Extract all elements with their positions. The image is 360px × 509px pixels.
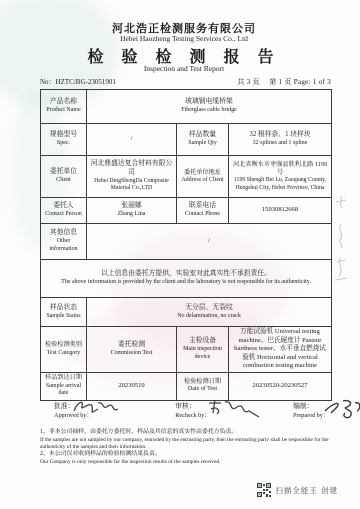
report-title-en: Inspection and Test Report: [38, 64, 330, 73]
report-page: 河北浩正检测服务有限公司 Hebei Haozheng Testing Serv…: [0, 0, 360, 509]
note1-en: If the samples are not sampled by our co…: [40, 437, 333, 451]
test-category-value: 委托检测 Commission Test: [87, 327, 177, 373]
row-test-category: 检验检测类别 Test Category 委托检测 Commission Tes…: [41, 327, 332, 373]
client-address-label: 委托单位地址 Address of Client: [177, 156, 229, 198]
margin-handwriting: [328, 190, 354, 290]
client-value: 河北鼎盛达复合材料有限公司 Hebei DingShengDa Composit…: [87, 156, 177, 198]
spec-label: 规格型号 Spec.: [41, 124, 87, 156]
row-client: 委托单位 Client 河北鼎盛达复合材料有限公司 Hebei DingShen…: [41, 156, 332, 198]
report-number-row: No：HZTC/BG-23051901 共 3 页 第 1 页 Page: 1 …: [40, 77, 331, 87]
spec-value: /: [87, 124, 177, 156]
approved-signature: [68, 397, 120, 419]
row-contact: 委托人 Contact Person 张丽娜 Zhang Lina 联系电话 C…: [41, 198, 332, 224]
contact-person-label: 委托人 Contact Person: [41, 198, 87, 224]
other-info-value: /: [87, 224, 332, 260]
prepared-by: 编制： Prepared by：: [293, 403, 331, 421]
row-spec: 规格型号 Spec. / 样品数量 Sample Qty 32 根样条、1 块样…: [41, 124, 332, 156]
page-info: 共 3 页 第 1 页 Page: 1 of 3: [237, 77, 331, 87]
row-sample-status: 样品状态 Sample Status 无分层、无裂纹 No delaminati…: [41, 298, 332, 327]
product-name-value: 玻璃钢电缆桥架 Fiberglass cable bridge: [87, 90, 332, 124]
disclaimer-cn: 以上信息由委托方提供，实验室对此真实性不承担责任。: [43, 270, 329, 279]
note2-cn: 2、本公司仅对收到样品的检验检测结果负责。: [40, 451, 333, 459]
client-address-value: 河北省衡水市枣强县胜利北路 1199 号 1199 Shengli Bei Lu…: [229, 156, 332, 198]
row-disclaimer: 以上信息由委托方提供，实验室对此真实性不承担责任。 The above info…: [41, 260, 332, 298]
signature-row: 批准： Approved by： 审核： Recheck by： 编制： Pre…: [40, 403, 331, 421]
contact-phone-value: 15030812668: [229, 198, 332, 224]
footnotes: 1、非本公司抽样，由委托方委托时，样品及其信息的真实性由委托方负责。 If th…: [40, 429, 333, 466]
recheck-signature: [203, 397, 261, 421]
disclaimer-cell: 以上信息由委托方提供，实验室对此真实性不承担责任。 The above info…: [41, 260, 332, 298]
qr-code-icon: [257, 483, 271, 497]
prepared-signature: [321, 397, 360, 421]
main-device-label: 主检设备 Main inspection device: [177, 327, 229, 373]
row-product-name: 产品名称 Product Name 玻璃钢电缆桥架 Fiberglass cab…: [41, 90, 332, 124]
approved-by: 批准： Approved by：: [40, 403, 93, 421]
contact-person-value: 张丽娜 Zhang Lina: [87, 198, 177, 224]
contact-phone-label: 联系电话 Contact Phone: [177, 198, 229, 224]
recheck-label-cn: 审核：: [175, 403, 195, 410]
disclaimer-en: The above information is provided by the…: [43, 279, 329, 287]
sample-qty-label: 样品数量 Sample Qty: [177, 124, 229, 156]
company-name-en: Hebei Haozheng Testing Services Co., Ltd: [38, 34, 330, 43]
scanner-credit: 扫描全能王 创建: [257, 483, 338, 497]
note2-en: Our Company is only responsible for the …: [40, 459, 333, 466]
client-label: 委托单位 Client: [41, 156, 87, 198]
row-other-info: 其他信息 Other information /: [41, 224, 332, 260]
product-name-label: 产品名称 Product Name: [41, 90, 87, 124]
main-device-value: 万能试验机 Universal testing machine、巴氏硬度计 Pa…: [229, 327, 332, 373]
sample-qty-value: 32 根样条、1 块样块 32 splines and 1 spline: [229, 124, 332, 156]
report-number: No：HZTC/BG-23051901: [40, 77, 116, 87]
test-category-label: 检验检测类别 Test Category: [41, 327, 87, 373]
other-info-label: 其他信息 Other information: [41, 224, 87, 260]
recheck-by: 审核： Recheck by：: [175, 403, 210, 421]
note1-cn: 1、非本公司抽样，由委托方委托时，样品及其信息的真实性由委托方负责。: [40, 429, 333, 437]
sample-status-label: 样品状态 Sample Status: [41, 298, 87, 327]
report-table: 产品名称 Product Name 玻璃钢电缆桥架 Fiberglass cab…: [40, 89, 332, 401]
prepared-label-cn: 编制：: [293, 403, 313, 410]
scanner-credit-text: 扫描全能王 创建: [275, 485, 338, 496]
sample-status-value: 无分层、无裂纹 No delamination, no crack: [87, 298, 332, 327]
